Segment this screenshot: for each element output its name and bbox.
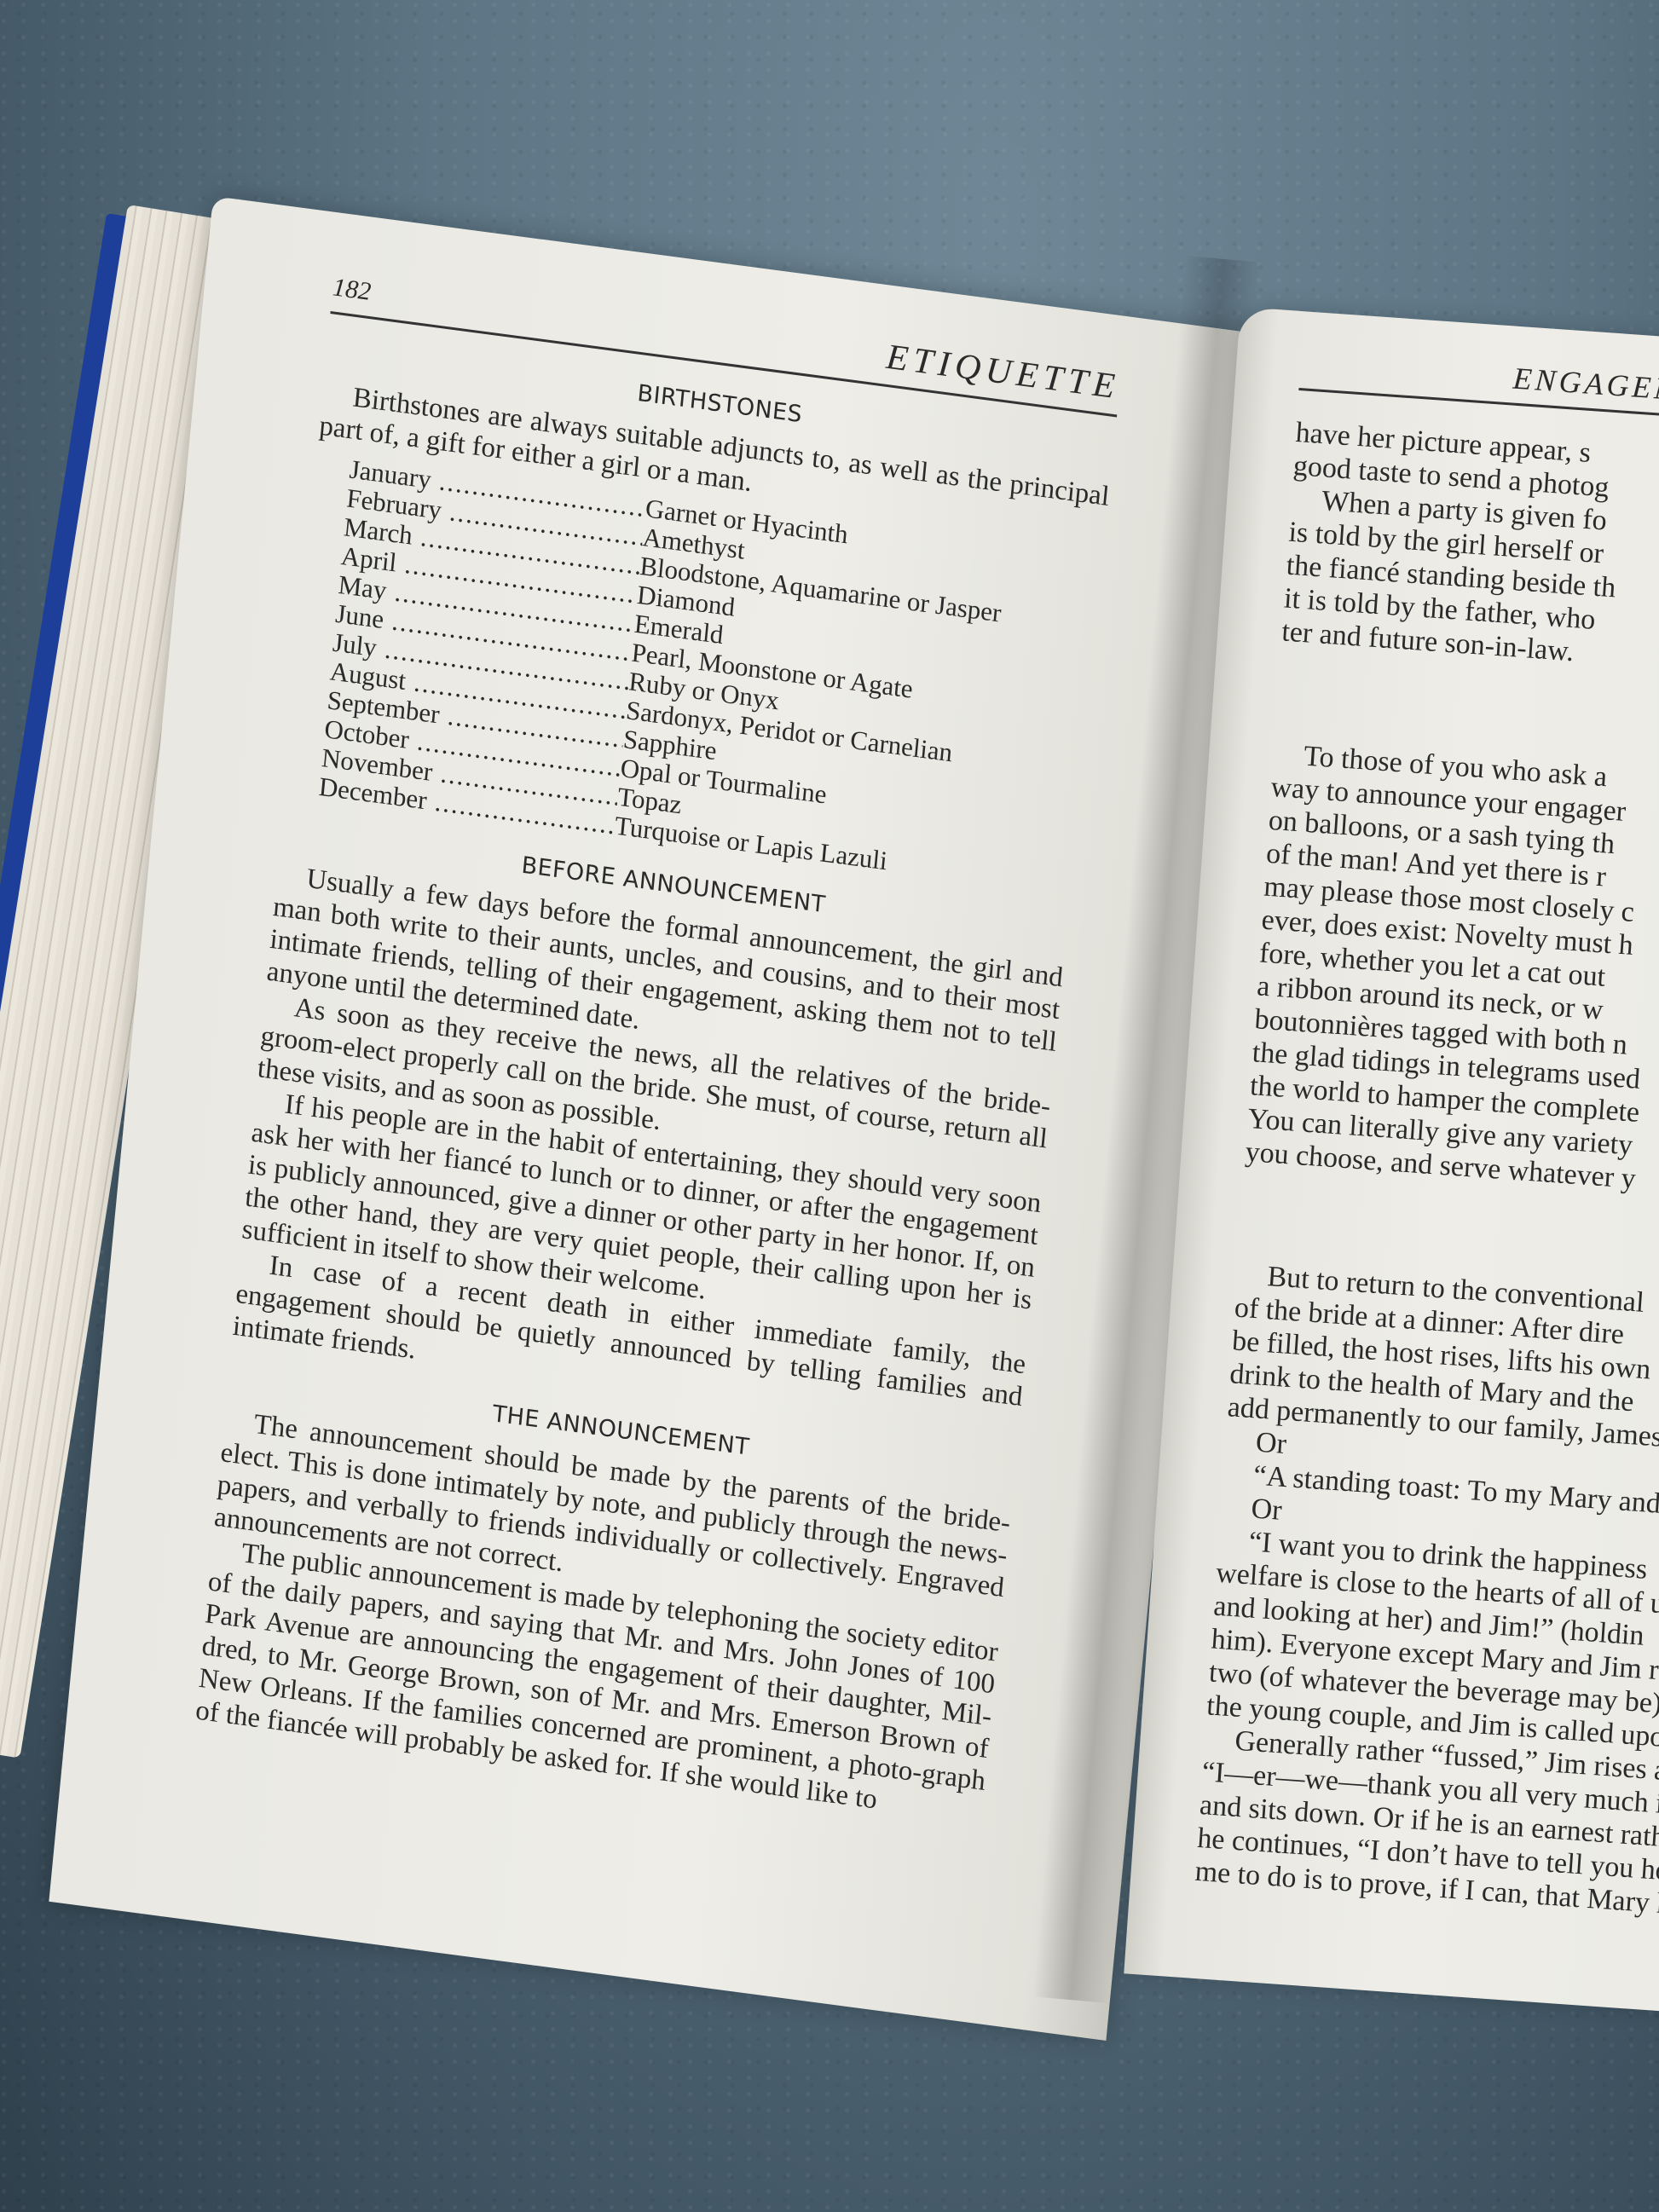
page-number: 182 bbox=[332, 273, 373, 307]
left-page-content: 182 ETIQUETTE BIRTHSTONES Birthstones ar… bbox=[194, 263, 1122, 1830]
running-head-title: ETIQUETTE bbox=[885, 337, 1122, 408]
running-head-title: ENGAGEMENTS bbox=[1512, 361, 1659, 414]
right-page-content: ENGAGEMENTS have her picture appear, s g… bbox=[1194, 345, 1659, 1935]
